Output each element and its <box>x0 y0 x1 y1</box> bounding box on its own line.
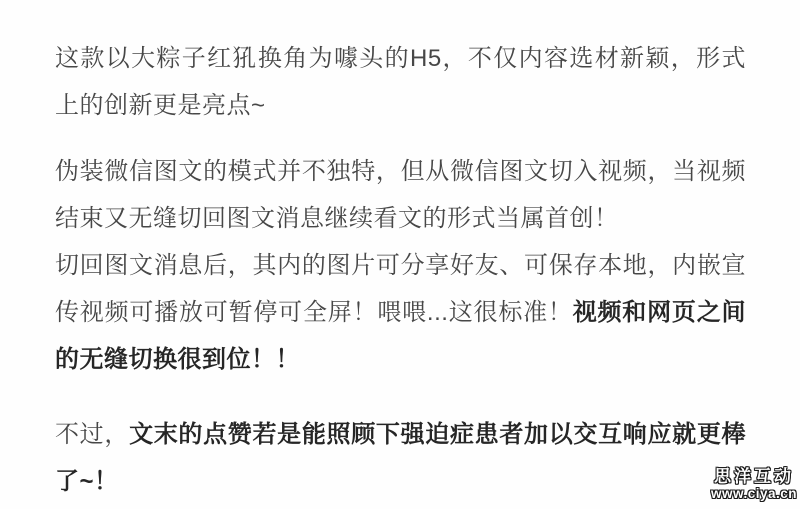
article-page: { "colors": { "background": "#fefefe", "… <box>0 0 800 509</box>
paragraph-format: 伪装微信图文的模式并不独特，但从微信图文切入视频，当视频结束又无缝切回图文消息继… <box>55 148 746 242</box>
watermark: 思洋互动 www.ciya.cn <box>711 468 797 502</box>
paragraph-text: 不过， <box>55 421 129 448</box>
paragraph-features: 切回图文消息后，其内的图片可分享好友、可保存本地，内嵌宣传视频可播放可暂停可全屏… <box>55 242 746 383</box>
paragraph-intro: 这款以大粽子红犼换角为噱头的H5，不仅内容选材新颖，形式上的创新更是亮点~ <box>55 35 746 129</box>
paragraph-bold-text: 文末的点赞若是能照顾下强迫症患者加以交互响应就更棒了~！ <box>55 421 746 495</box>
paragraph-text: 这款以大粽子红犼换角为噱头的H5，不仅内容选材新颖，形式上的创新更是亮点~ <box>55 45 746 119</box>
watermark-url: www.ciya.cn <box>711 487 797 502</box>
watermark-brand: 思洋互动 <box>711 468 797 487</box>
paragraph-suggestion: 不过，文末的点赞若是能照顾下强迫症患者加以交互响应就更棒了~！ <box>55 411 746 505</box>
article-body: 这款以大粽子红犼换角为噱头的H5，不仅内容选材新颖，形式上的创新更是亮点~ 伪装… <box>0 0 800 505</box>
paragraph-text: 伪装微信图文的模式并不独特，但从微信图文切入视频，当视频结束又无缝切回图文消息继… <box>55 158 746 232</box>
